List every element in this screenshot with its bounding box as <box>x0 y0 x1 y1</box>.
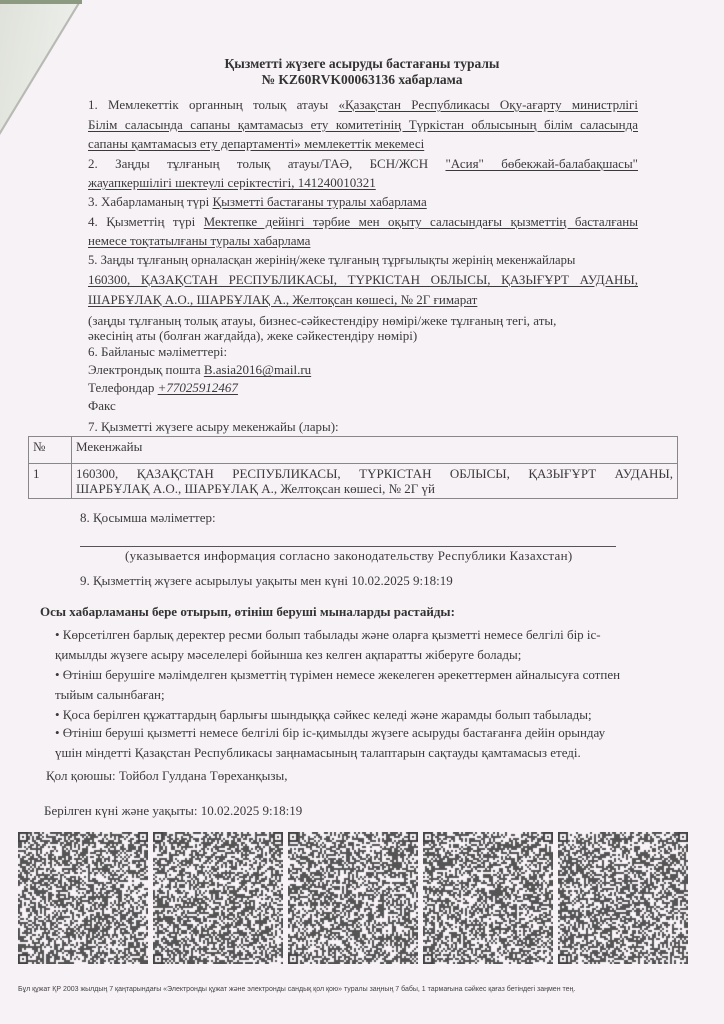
table-header-number: № <box>29 437 72 464</box>
section-3: 3. Хабарламаның түрі Қызметті бастағаны … <box>88 194 638 210</box>
confirmation-bullet-3: • Қоса берілген құжаттардың барлығы шынд… <box>55 707 675 723</box>
qr-code-2 <box>153 832 283 964</box>
email-row: Электрондық пошта B.asia2016@mail.ru <box>88 362 638 378</box>
legal-entity-name: "Асия" бөбекжай-балабақшасы" <box>445 156 638 171</box>
table-header-address: Мекенжайы <box>72 437 678 464</box>
issued-datetime: Берілген күні және уақыты: 10.02.2025 9:… <box>44 803 594 819</box>
section-8-note: (указывается информация согласно законод… <box>125 548 675 564</box>
section-6-label: 6. Байланыс мәліметтері: <box>88 344 638 360</box>
section-4-line-2: немесе тоқтатылғаны туралы хабарлама <box>88 233 638 249</box>
scan-edge <box>0 0 82 4</box>
section-2-line-2: жауапкершілігі шектеулі серіктестігі, 14… <box>88 175 638 191</box>
fax-row: Факс <box>88 398 638 414</box>
qr-code-1 <box>18 832 148 964</box>
section-1-line-1: 1. Мемлекеттік органның толық атауы «Қаз… <box>88 97 638 113</box>
confirmation-bullet-1: • Көрсетілген барлық деректер ресми болы… <box>55 627 675 663</box>
section-5-note-line-2: әкесінің аты (болған жағдайда), жеке сәй… <box>88 328 638 344</box>
document-number: № KZ60RVK00063136 хабарлама <box>0 72 724 88</box>
table-cell-number: 1 <box>29 464 72 499</box>
qr-codes <box>18 832 690 964</box>
legal-footer: Бұл құжат ҚР 2003 жылдың 7 қаңтарындағы … <box>18 986 575 993</box>
phone-link[interactable]: +77025912467 <box>158 380 238 395</box>
confirmation-bullet-2: • Өтініш берушіге мәлімделген қызметтің … <box>55 667 675 703</box>
signer: Қол қоюшы: Тойбол Гулдана Төрехан​қызы, <box>46 768 596 784</box>
qr-code-5 <box>558 832 688 964</box>
phone-row: Телефондар +77025912467 <box>88 380 638 396</box>
section-2-line-1: 2. Заңды тұлғаның толық атауы/ТАӘ, БСН/Ж… <box>88 156 638 172</box>
table-row: 1 160300, ҚАЗАҚСТАН РЕСПУБЛИКАСЫ, ТҮРКІС… <box>29 464 678 499</box>
qr-code-4 <box>423 832 553 964</box>
section-4-line-1: 4. Қызметтің түрі Мектепке дейінгі тәрби… <box>88 214 638 230</box>
notification-type: Қызметті бастағаны туралы хабарлама <box>212 194 426 209</box>
section-7-label: 7. Қызметті жүзеге асыру мекенжайы (лары… <box>88 419 638 435</box>
confirmation-bullet-4: • Өтініш беруші қызметті немесе белгілі … <box>55 725 675 761</box>
document-title: Қызметті жүзеге асыруды бастағаны туралы <box>0 56 724 72</box>
section-5-address-line-1: 160300, ҚАЗАҚСТАН РЕСПУБЛИКАСЫ, ТҮРКІСТА… <box>88 272 638 288</box>
confirmation-heading: Осы хабарламаны бере отырып, өтініш беру… <box>40 604 455 620</box>
email-link[interactable]: B.asia2016@mail.ru <box>204 362 311 377</box>
table-cell-address: 160300, ҚАЗАҚСТАН РЕСПУБЛИКАСЫ, ТҮРКІСТА… <box>72 464 678 499</box>
section-1-line-3: сапаны қамтамасыз ету департаменті» мемл… <box>88 136 638 152</box>
table-header-row: № Мекенжайы <box>29 437 678 464</box>
activity-type: Мектепке дейінгі тәрбие мен оқыту саласы… <box>204 214 638 229</box>
section-5-note-line-1: (заңды тұлғаның толық атауы, бизнес-сәйк… <box>88 313 638 329</box>
section-1-line-2: Білім саласында сапаны қамтамасыз ету ко… <box>88 117 638 133</box>
additional-info-line <box>80 546 616 547</box>
government-body-name: «Қазақстан Республикасы Оқу-ағарту минис… <box>339 97 638 112</box>
address-table: № Мекенжайы 1 160300, ҚАЗАҚСТАН РЕСПУБЛИ… <box>28 436 678 499</box>
section-8-label: 8. Қосымша мәліметтер: <box>80 510 630 526</box>
section-5-address-line-2: ШАРБҰЛАҚ А.О., ШАРБҰЛАҚ А., Желтоқсан кө… <box>88 292 638 308</box>
qr-code-3 <box>288 832 418 964</box>
section-5-label: 5. Заңды тұлғаның орналасқан жерінің/жек… <box>88 252 638 268</box>
section-9: 9. Қызметтің жүзеге асырылуы уақыты мен … <box>80 573 630 589</box>
